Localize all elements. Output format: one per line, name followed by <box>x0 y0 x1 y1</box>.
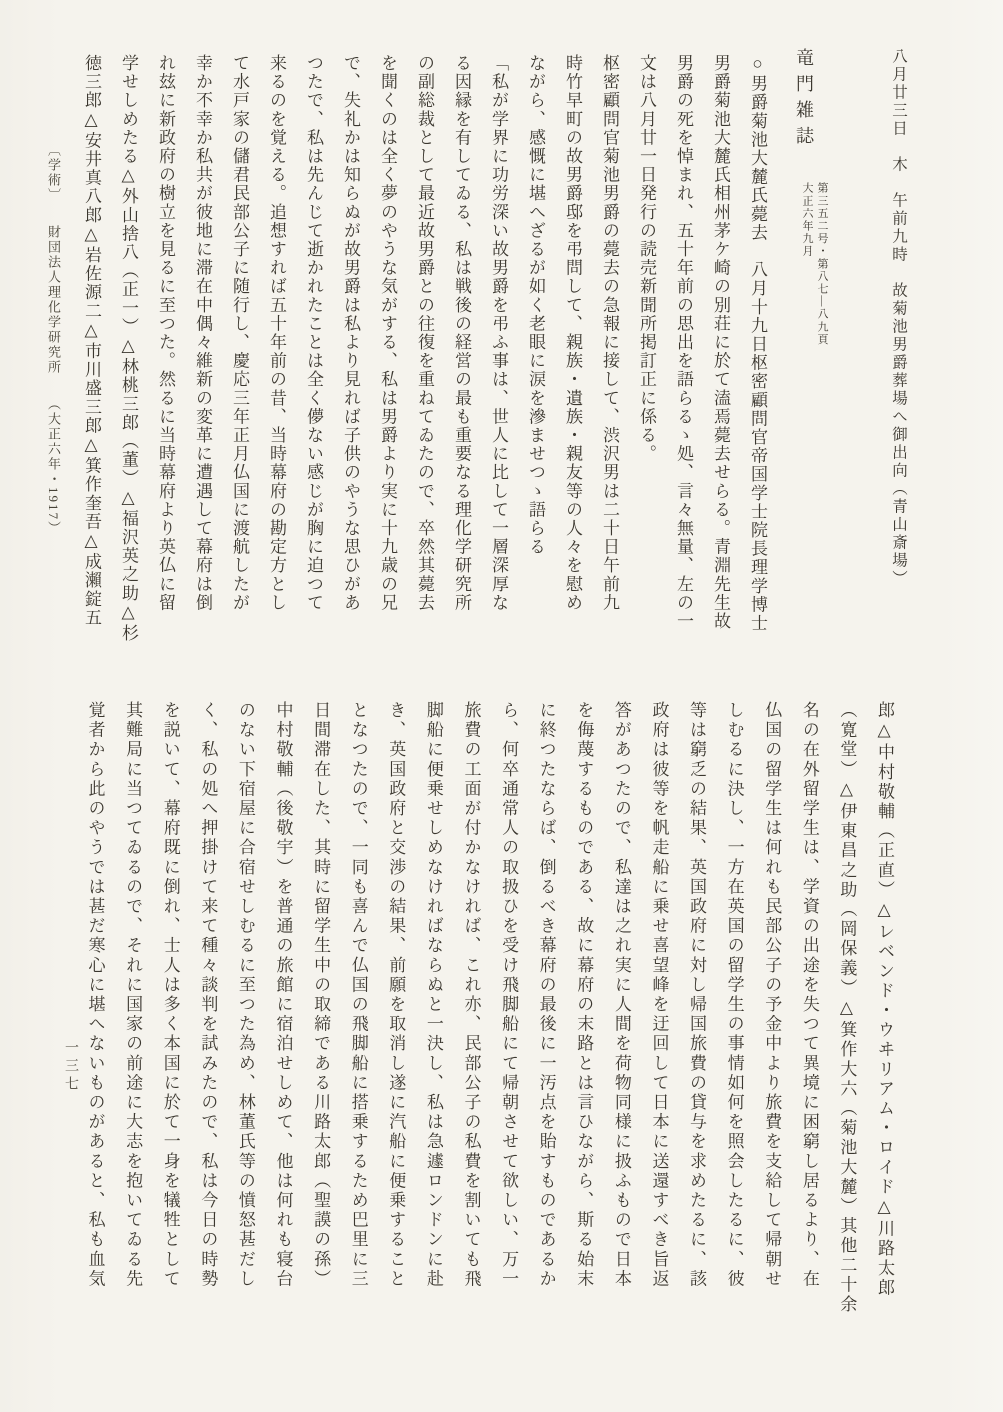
article-line: 政府は彼等を帆走船に乗せ喜望峰を迂回して日本に送還すべき旨返 <box>640 701 678 1346</box>
article-line: 文は八月廿一日発行の読売新聞所掲訂正に係る。 <box>628 54 665 666</box>
article-line: 其難局に当つてゐるので、それに国家の前途に大志を抱いてゐる先 <box>114 701 152 1346</box>
article-line: 時竹早町の故男爵邸を弔問して、親族・遺族・親友等の人々を慰め <box>554 54 591 666</box>
article-line: 男爵菊池大麓氏相州茅ケ崎の別荘に於て溘焉薨去せらる。青淵先生故 <box>702 54 739 666</box>
page-number: 一三七 <box>60 1040 80 1130</box>
article-line: となつたので、一同も喜んで仏国の飛脚船に搭乗するため巴里に三 <box>339 701 377 1346</box>
year-label: （大正六年・1917） <box>46 397 61 536</box>
article-line: で、失礼かは知らぬが故男爵は私より見れば子供のやうな思ひがあ <box>332 54 369 666</box>
article-line: ながら、感慨に堪へざるが如く老眼に涙を滲ませつゝ語らる <box>517 54 554 666</box>
article-line: しむるに決し、一方在英国の留学生の事情如何を照会したるに、彼 <box>715 701 753 1346</box>
journal-meta: 第三五二号・第八七―八九頁 大正六年九月 <box>799 182 829 382</box>
article-line: 学せしめたる△外山捨八（正一）△林桃三郎（董）△福沢英之助△杉 <box>110 54 147 666</box>
article-line: 「私が学界に功労深い故男爵を弔ふ事は、世人に比して一層深厚な <box>480 54 517 666</box>
article-line: 男爵の死を悼まれ、五十年前の思出を語らるゝ処、言々無量、左の一 <box>665 54 702 666</box>
article-line: 仏国の留学生は何れも民部公子の予金中より旅費を支給して帰朝せ <box>753 701 791 1346</box>
article-line: を説いて、幕府既に倒れ、士人は多く本国に於て一身を犠牲として <box>151 701 189 1346</box>
article-line: の副総裁として最近故男爵との往復を重ねてゐたので、卒然其薨去 <box>406 54 443 666</box>
article-line: のない下宿屋に合宿せしむるに至つた為め、林董氏等の憤怒甚だし <box>226 701 264 1346</box>
article-line: ○男爵菊池大麓氏薨去 八月十九日枢密顧問官帝国学士院長理学博士 <box>739 54 776 666</box>
article-line: を侮蔑するものである、故に幕府の末路とは言ひながら、斯る始末 <box>565 701 603 1346</box>
article-line: 来るのを覚える。追想すれば五十年前の昔、当時幕府の勘定方とし <box>258 54 295 666</box>
article-line: き、英国政府と交渉の結果、前願を取消し遂に汽船に便乗すること <box>377 701 415 1346</box>
category-tag: 〔学術〕 <box>46 143 61 203</box>
publisher-label: 財団法人理化学研究所 <box>46 225 61 375</box>
article-line: つたで、私は先んじて逝かれたことは全く儚ない感じが胸に迫つて <box>295 54 332 666</box>
article-line: 覚者から此のやうでは甚だ寒心に堪へないものがあると、私も血気 <box>76 701 114 1346</box>
article-line: 答があつたので、私達は之れ実に人間を荷物同様に扱ふもので日本 <box>602 701 640 1346</box>
article-line: に終つたならば、倒るべき幕府の最後に一汚点を貽すものであるか <box>527 701 565 1346</box>
entry-date-heading: 八月廿三日 木 午前九時 故菊池男爵葬場へ御出向（青山斎場） <box>887 48 909 728</box>
scanned-book-page: 八月廿三日 木 午前九時 故菊池男爵葬場へ御出向（青山斎場） 竜門雑誌 第三五二… <box>0 0 1003 1412</box>
page-number-text: 一三七 <box>60 1040 80 1130</box>
article-line: 中村敬輔（後敬宇）を普通の旅館に宿泊せしめて、他は何れも寝台 <box>264 701 302 1346</box>
article-line: ら、何卒通常人の取扱ひを受け飛脚船にて帰朝させて欲しい、万一 <box>489 701 527 1346</box>
article-line: 日間滞在した、其時に留学生中の取締である川路太郎（聖謨の孫） <box>302 701 340 1346</box>
journal-date: 大正六年九月 <box>799 182 814 382</box>
article-line: る因縁を有してゐる、私は戦後の経営の最も重要なる理化学研究所 <box>443 54 480 666</box>
article-bottom-block: 郎△中村敬輔（正直）△レベンド・ウヰリアム・ロイド△川路太郎 （寛堂）△伊東昌之… <box>76 701 903 1346</box>
article-line: 旅費の工面が付かなければ、これ亦、民部公子の私費を割いても飛 <box>452 701 490 1346</box>
category-label-column: 〔学術〕財団法人理化学研究所（大正六年・1917） <box>44 143 63 603</box>
article-line: 徳三郎△安井真八郎△岩佐源二△市川盛三郎△箕作奎吾△成瀨錠五 <box>73 54 110 666</box>
article-top-block: ○男爵菊池大麓氏薨去 八月十九日枢密顧問官帝国学士院長理学博士 男爵菊池大麓氏相… <box>73 54 776 666</box>
entry-heading-column: 八月廿三日 木 午前九時 故菊池男爵葬場へ御出向（青山斎場） <box>887 48 909 728</box>
article-line: く、私の処へ押掛けて来て種々談判を試みたので、私は今日の時勢 <box>189 701 227 1346</box>
article-line: 脚船に便乗せしめなければならぬと一決し、私は急遽ロンドンに赴 <box>414 701 452 1346</box>
article-line: 名の在外留学生は、学資の出途を失つて異境に困窮し居るより、在 <box>790 701 828 1346</box>
journal-issue: 第三五二号・第八七―八九頁 <box>814 182 829 382</box>
article-line: て水戸家の儲君民部公子に随行し、慶応三年正月仏国に渡航したが <box>221 54 258 666</box>
article-line: れ玆に新政府の樹立を見るに至つた。然るに当時幕府より英仏に留 <box>147 54 184 666</box>
article-line: 郎△中村敬輔（正直）△レベンド・ウヰリアム・ロイド△川路太郎 <box>865 701 903 1346</box>
article-line: 等は窮乏の結果、英国政府に対し帰国旅費の貸与を求めたるに、該 <box>677 701 715 1346</box>
journal-title: 竜門雑誌 <box>791 48 817 152</box>
journal-source-block: 竜門雑誌 第三五二号・第八七―八九頁 大正六年九月 <box>791 48 825 688</box>
article-line: 枢密顧問官菊池男爵の薨去の急報に接して、渋沢男は二十日午前九 <box>591 54 628 666</box>
article-line: を聞くのは全く夢のやうな気がする、私は男爵より実に十九歳の兄 <box>369 54 406 666</box>
article-line: 幸か不幸か私共が彼地に滞在中偶々維新の変革に遭遇して幕府は倒 <box>184 54 221 666</box>
article-line: （寛堂）△伊東昌之助（岡保義）△箕作大六（菊池大麓）其他二十余 <box>828 701 866 1346</box>
